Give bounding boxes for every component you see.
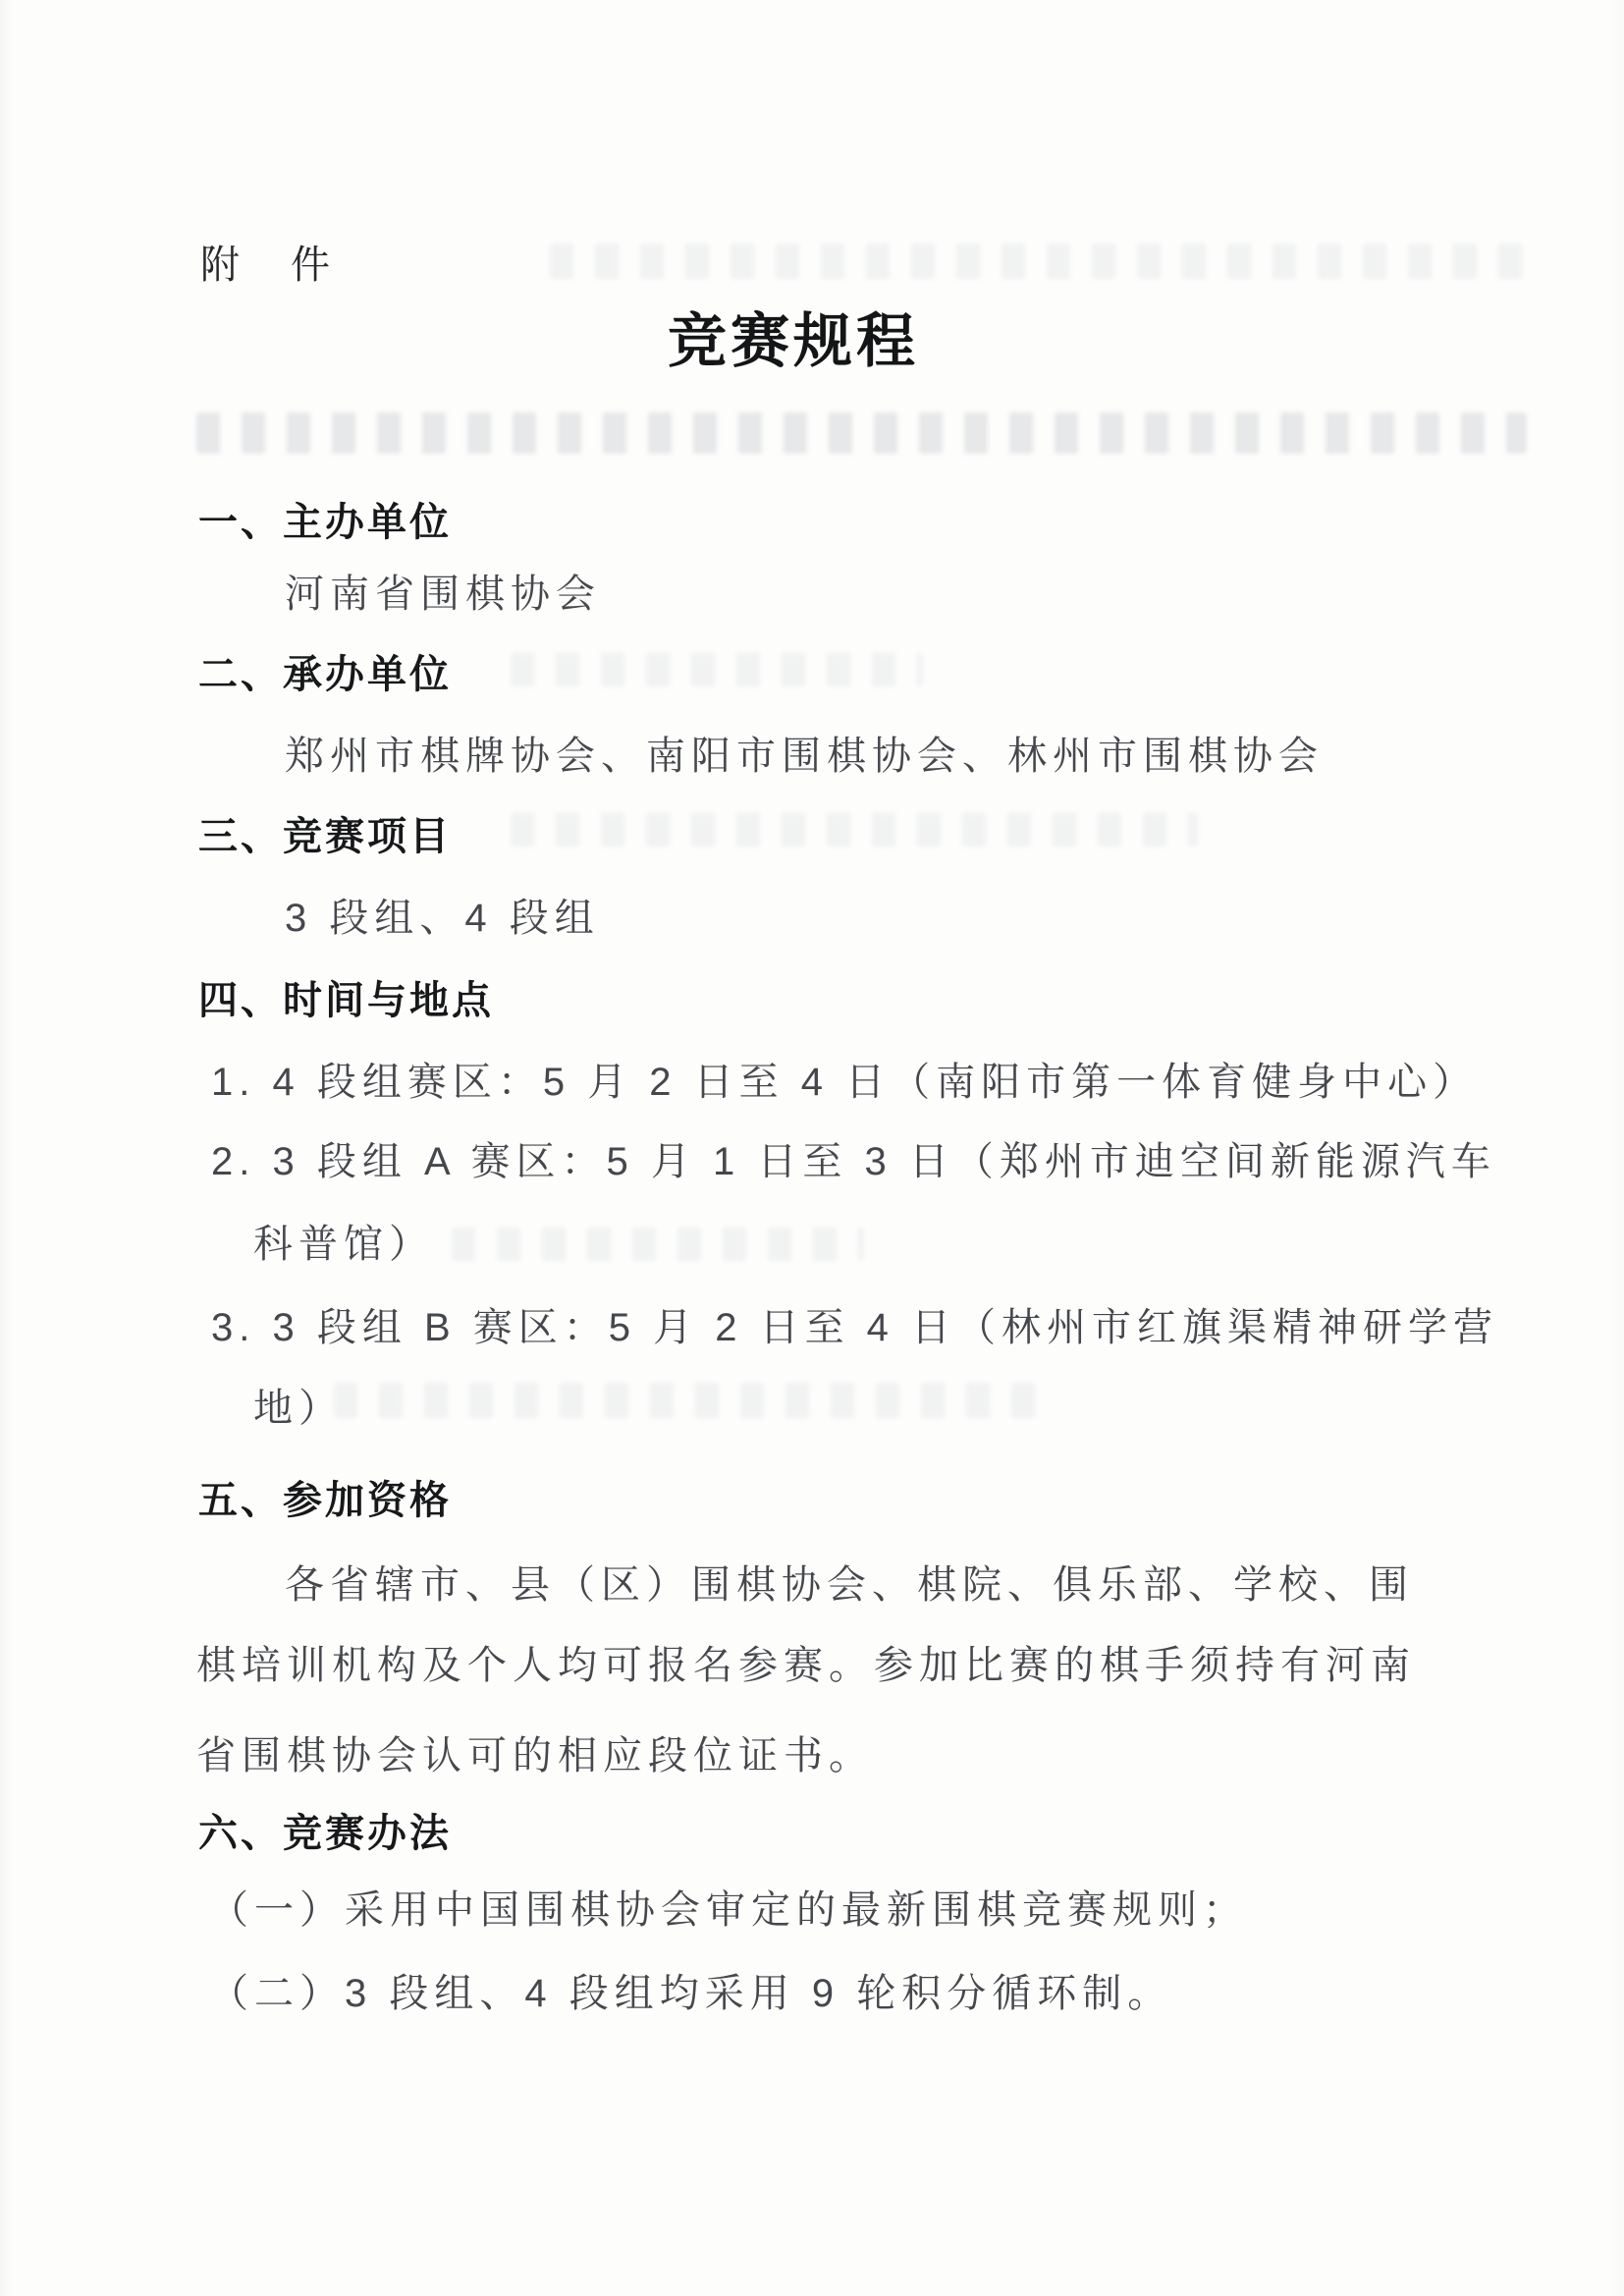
bleed-through-ghost bbox=[511, 653, 923, 686]
bleed-through-ghost bbox=[334, 1383, 1041, 1418]
method-item-1: （一）采用中国围棋协会审定的最新围棋竞赛规则； bbox=[209, 1886, 1248, 1934]
bleed-through-ghost bbox=[550, 244, 1532, 279]
bleed-through-ghost bbox=[511, 813, 1198, 847]
time-place-item-1: 1. 4 段组赛区：5 月 2 日至 4 日（南阳市第一体育健身中心） bbox=[211, 1059, 1478, 1106]
scanned-document-page: 附 件 竞赛规程 一、主办单位 河南省围棋协会 二、承办单位 郑州市棋牌协会、南… bbox=[0, 0, 1624, 2296]
bleed-through-ghost bbox=[196, 412, 1527, 454]
section-heading-method: 六、竞赛办法 bbox=[198, 1810, 452, 1857]
events-body-line: 3 段组、4 段组 bbox=[285, 895, 600, 942]
section-heading-time-place: 四、时间与地点 bbox=[198, 977, 494, 1024]
bleed-through-ghost bbox=[452, 1228, 864, 1261]
section-heading-eligibility: 五、参加资格 bbox=[198, 1477, 452, 1524]
host-body-line: 郑州市棋牌协会、南阳市围棋协会、林州市围棋协会 bbox=[285, 733, 1324, 780]
section-heading-host: 二、承办单位 bbox=[198, 651, 452, 698]
time-place-item-2-line-2: 科普馆） bbox=[253, 1221, 434, 1268]
attachment-label: 附 件 bbox=[200, 242, 336, 289]
document-title: 竞赛规程 bbox=[0, 295, 1624, 379]
eligibility-line-3: 省围棋协会认可的相应段位证书。 bbox=[196, 1732, 874, 1779]
section-heading-organizer: 一、主办单位 bbox=[198, 499, 452, 546]
method-item-2: （二）3 段组、4 段组均采用 9 轮积分循环制。 bbox=[209, 1970, 1172, 2017]
time-place-item-3-line-2: 地） bbox=[253, 1385, 344, 1432]
time-place-item-2-line-1: 2. 3 段组 A 赛区：5 月 1 日至 3 日（郑州市迪空间新能源汽车 bbox=[211, 1138, 1496, 1185]
section-heading-events: 三、竞赛项目 bbox=[198, 813, 452, 860]
organizer-body-line: 河南省围棋协会 bbox=[285, 571, 601, 618]
time-place-item-3-line-1: 3. 3 段组 B 赛区：5 月 2 日至 4 日（林州市红旗渠精神研学营 bbox=[211, 1304, 1498, 1351]
eligibility-line-2: 棋培训机构及个人均可报名参赛。参加比赛的棋手须持有河南 bbox=[196, 1642, 1416, 1689]
eligibility-line-1: 各省辖市、县（区）围棋协会、棋院、俱乐部、学校、围 bbox=[285, 1561, 1414, 1609]
